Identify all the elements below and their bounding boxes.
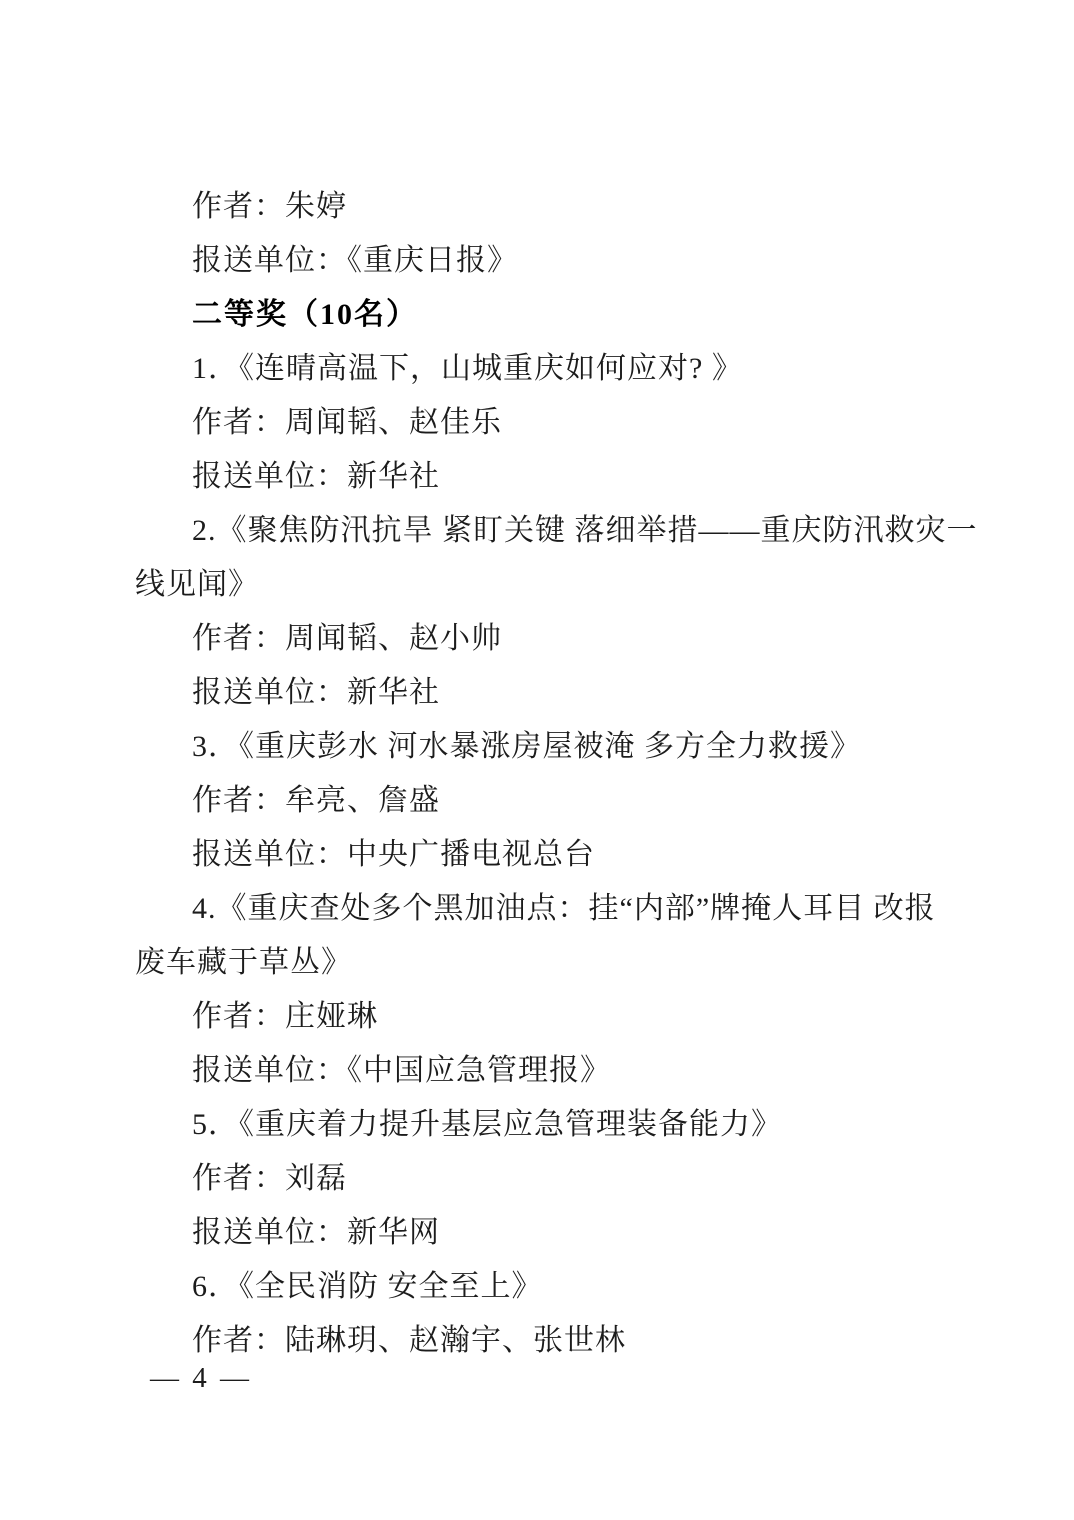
entry-2-org-line: 报送单位：新华社 [135,666,943,720]
entry-4-title-line-2: 废车藏于草丛》 [135,936,943,990]
entry-3-title-line: 3．《重庆彭水 河水暴涨房屋被淹 多方全力救援》 [135,720,943,774]
entry-4-title-line-1: 4.《重庆查处多个黑加油点：挂“内部”牌掩人耳目 改报 [135,882,943,936]
entry-4-author-line: 作者：庄娅琳 [135,990,943,1044]
carryover-org-line: 报送单位：《重庆日报》 [135,234,943,288]
entry-5-org-line: 报送单位：新华网 [135,1206,943,1260]
document-page: 作者：朱婷 报送单位：《重庆日报》 二等奖（10名） 1．《连晴高温下，山城重庆… [0,0,1074,1520]
entry-6-author-line: 作者：陆琳玥、赵瀚宇、张世林 [135,1314,943,1368]
page-number: — 4 — [150,1362,252,1395]
entry-2-title-line-1: 2.《聚焦防汛抗旱 紧盯关键 落细举措——重庆防汛救灾一 [135,504,943,558]
entry-2-title-line-2: 线见闻》 [135,558,943,612]
entry-2-author-line: 作者：周闻韬、赵小帅 [135,612,943,666]
entry-3-author-line: 作者：牟亮、詹盛 [135,774,943,828]
section-heading: 二等奖（10名） [135,288,943,342]
entry-5-title-line: 5．《重庆着力提升基层应急管理装备能力》 [135,1098,943,1152]
entry-3-org-line: 报送单位：中央广播电视总台 [135,828,943,882]
entry-1-title-line: 1．《连晴高温下，山城重庆如何应对? 》 [135,342,943,396]
entry-1-author-line: 作者：周闻韬、赵佳乐 [135,396,943,450]
entry-6-title-line: 6．《全民消防 安全至上》 [135,1260,943,1314]
carryover-author-line: 作者：朱婷 [135,180,943,234]
document-body: 作者：朱婷 报送单位：《重庆日报》 二等奖（10名） 1．《连晴高温下，山城重庆… [135,180,943,1368]
entry-4-org-line: 报送单位：《中国应急管理报》 [135,1044,943,1098]
entry-5-author-line: 作者：刘磊 [135,1152,943,1206]
entry-1-org-line: 报送单位：新华社 [135,450,943,504]
